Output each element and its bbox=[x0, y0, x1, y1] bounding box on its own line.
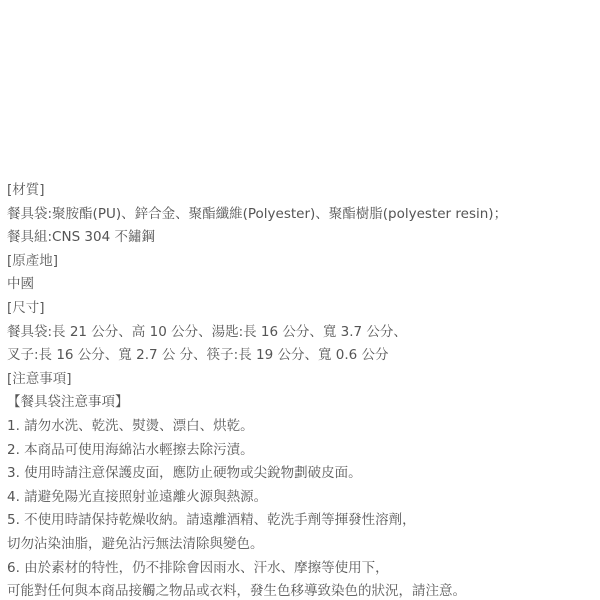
notes-subheader: 【餐具袋注意事項】 bbox=[7, 391, 597, 415]
note-item: 可能對任何與本商品接觸之物品或衣料，發生色移導致染色的狀況，請注意。 bbox=[7, 580, 597, 600]
origin-value: 中國 bbox=[7, 273, 597, 297]
note-item: 6. 由於素材的特性，仍不排除會因雨水、汗水、摩擦等使用下， bbox=[7, 557, 597, 581]
material-bag: 餐具袋:聚胺酯(PU)、鋅合金、聚酯纖維(Polyester)、聚酯樹脂(pol… bbox=[7, 203, 597, 227]
note-item: 4. 請避免陽光直接照射並遠離火源與熱源。 bbox=[7, 486, 597, 510]
product-spec-document: [材質] 餐具袋:聚胺酯(PU)、鋅合金、聚酯纖維(Polyester)、聚酯樹… bbox=[7, 179, 597, 600]
note-item: 1. 請勿水洗、乾洗、熨燙、漂白、烘乾。 bbox=[7, 415, 597, 439]
note-item: 切勿沾染油脂，避免沾污無法清除與變色。 bbox=[7, 533, 597, 557]
note-item: 5. 不使用時請保持乾燥收納。請遠離酒精、乾洗手劑等揮發性溶劑， bbox=[7, 509, 597, 533]
notes-header: [注意事項] bbox=[7, 368, 597, 392]
origin-header: [原產地] bbox=[7, 250, 597, 274]
size-line-1: 餐具袋:長 21 公分、高 10 公分、湯匙:長 16 公分、寬 3.7 公分、 bbox=[7, 321, 597, 345]
note-item: 2. 本商品可使用海綿沾水輕擦去除污漬。 bbox=[7, 439, 597, 463]
material-set: 餐具組:CNS 304 不鏽鋼 bbox=[7, 226, 597, 250]
note-item: 3. 使用時請注意保護皮面，應防止硬物或尖銳物劃破皮面。 bbox=[7, 462, 597, 486]
size-line-2: 叉子:長 16 公分、寬 2.7 公 分、筷子:長 19 公分、寬 0.6 公分 bbox=[7, 344, 597, 368]
material-header: [材質] bbox=[7, 179, 597, 203]
size-header: [尺寸] bbox=[7, 297, 597, 321]
